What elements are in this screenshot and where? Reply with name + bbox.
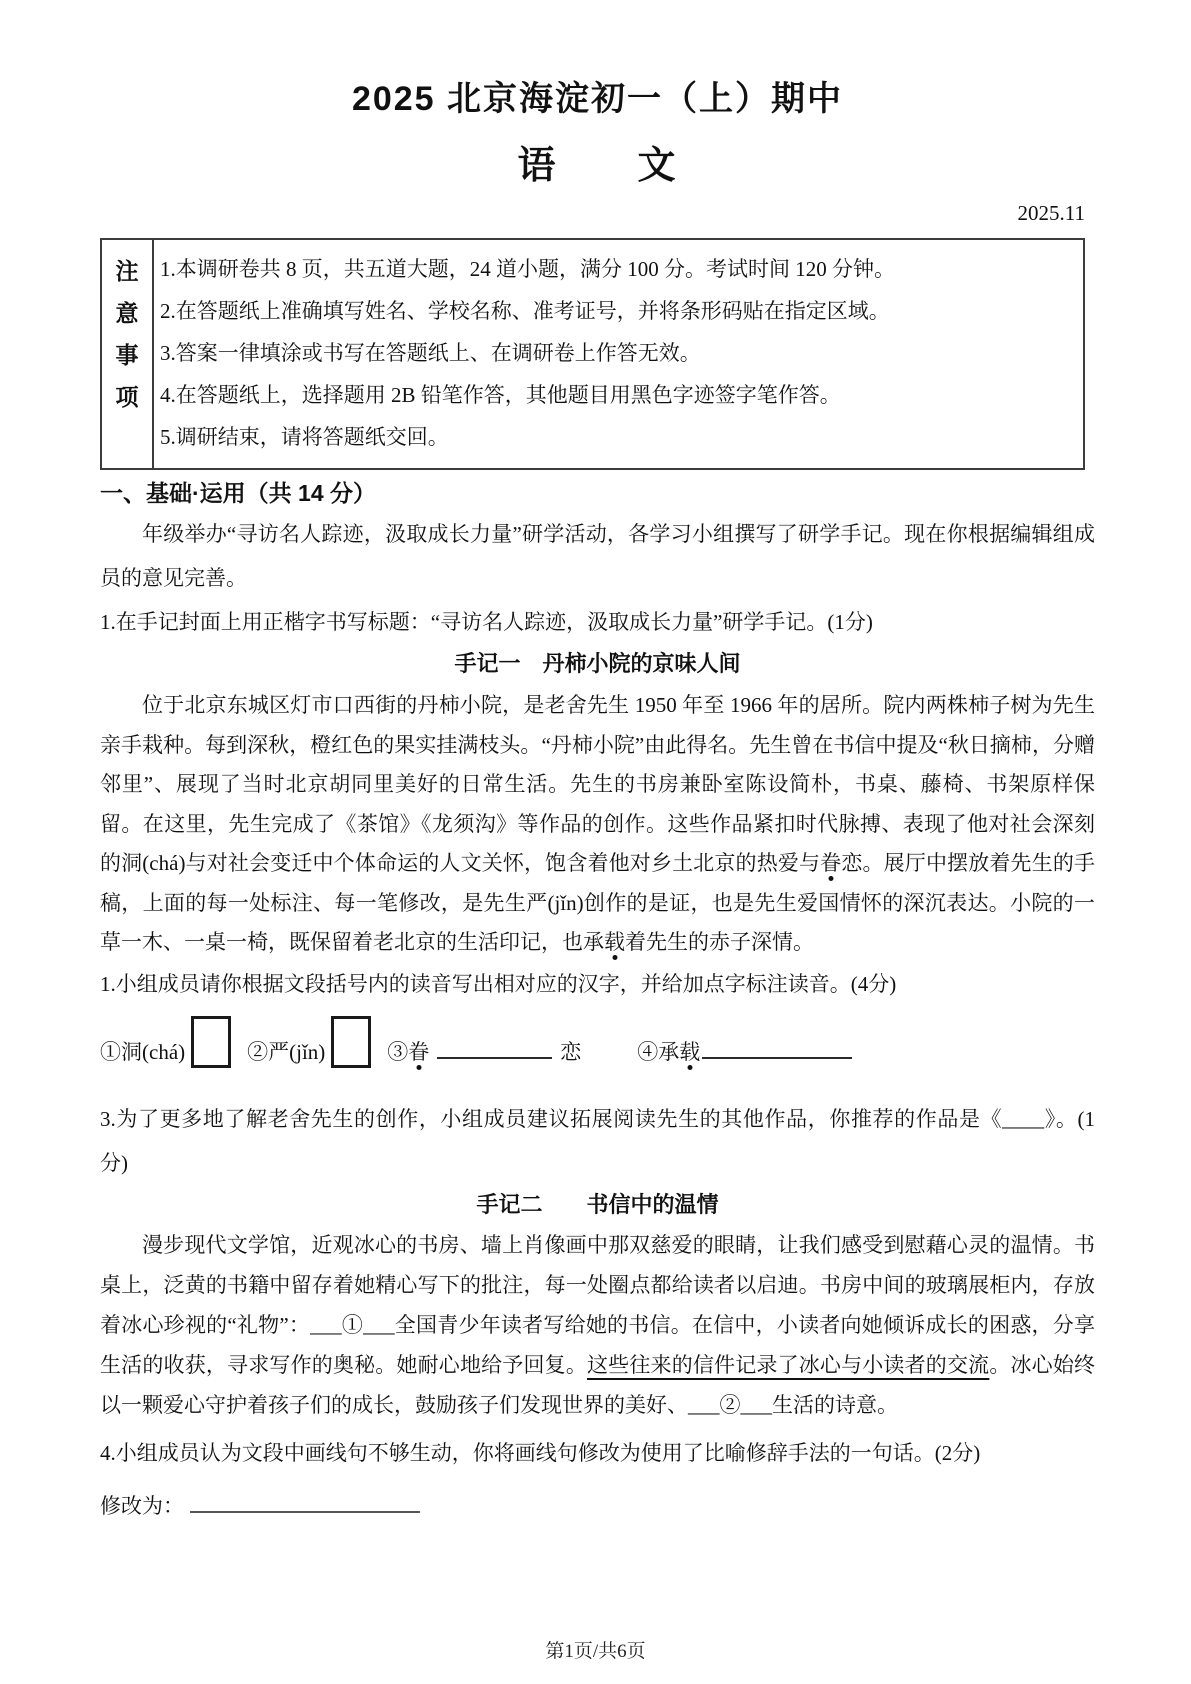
emphasized-char: 眷 bbox=[820, 851, 841, 875]
q2-item4-prefix: ④承 bbox=[637, 1040, 679, 1064]
notice-item: 4.在答题纸上，选择题用 2B 铅笔作答，其他题目用黑色字迹签字笔作答。 bbox=[160, 374, 1073, 416]
blank-line-4 bbox=[702, 1051, 852, 1059]
blank-line-3 bbox=[437, 1051, 552, 1059]
notice-label-char: 事 bbox=[116, 334, 139, 376]
intro-paragraph: 年级举办“寻访名人踪迹，汲取成长力量”研学活动，各学习小组撰写了研学手记。现在你… bbox=[100, 512, 1095, 600]
section-heading: 一、基础·运用（共 14 分） bbox=[100, 478, 1095, 508]
notice-label: 注 意 事 项 bbox=[102, 240, 154, 468]
passage-2: 漫步现代文学馆，近观冰心的书房、墙上肖像画中那双慈爱的眼睛，让我们感受到慰藉心灵… bbox=[100, 1225, 1095, 1425]
q2-item3-dotted-char: 眷 bbox=[408, 1040, 429, 1064]
question-2-stem: 1.小组成员请你根据文段括号内的读音写出相对应的汉字，并给加点字标注读音。(4分… bbox=[100, 963, 1095, 1005]
emphasized-char: 载 bbox=[604, 930, 625, 954]
note2-title: 手记二 书信中的温情 bbox=[100, 1187, 1095, 1223]
notice-label-char: 意 bbox=[116, 292, 139, 334]
question-2-answer-line: ①洞(chá)②严(jǐn)③眷恋④承载 bbox=[100, 1019, 1095, 1085]
notice-item: 1.本调研卷共 8 页，共五道大题，24 道小题，满分 100 分。考试时间 1… bbox=[160, 248, 1073, 290]
page-title: 2025 北京海淀初一（上）期中 bbox=[100, 78, 1095, 120]
q2-item3-suffix: 恋 bbox=[560, 1040, 581, 1064]
passage-1: 位于北京东城区灯市口西街的丹柿小院，是老舍先生 1950 年至 1966 年的居… bbox=[100, 686, 1095, 963]
passage-text: 位于北京东城区灯市口西街的丹柿小院，是老舍先生 1950 年至 1966 年的居… bbox=[100, 693, 1095, 875]
q2-item3-number: ③ bbox=[387, 1040, 408, 1064]
q2-item1-label: ①洞(chá) bbox=[100, 1040, 185, 1064]
notice-item: 3.答案一律填涂或书写在答题纸上、在调研卷上作答无效。 bbox=[160, 332, 1073, 374]
underlined-sentence: 这些往来的信件记录了冰心与小读者的交流 bbox=[587, 1353, 989, 1377]
answer-box-2 bbox=[331, 1016, 371, 1068]
notice-items: 1.本调研卷共 8 页，共五道大题，24 道小题，满分 100 分。考试时间 1… bbox=[154, 240, 1083, 468]
answer-box-1 bbox=[191, 1016, 231, 1068]
question-1: 1.在手记封面上用正楷字书写标题：“寻访名人踪迹，汲取成长力量”研学手记。(1分… bbox=[100, 600, 1095, 644]
revision-line: 修改为： bbox=[100, 1485, 1095, 1527]
q2-item2-label: ②严(jǐn) bbox=[247, 1040, 325, 1064]
page-footer: 第1页/共6页 bbox=[0, 1636, 1191, 1663]
notice-label-char: 注 bbox=[116, 250, 139, 292]
header-block: 2025.11 注 意 事 项 1.本调研卷共 8 页，共五道大题，24 道小题… bbox=[100, 200, 1085, 470]
notice-item: 2.在答题纸上准确填写姓名、学校名称、准考证号，并将条形码贴在指定区域。 bbox=[160, 290, 1073, 332]
question-4: 4.小组成员认为文段中画线句不够生动，你将画线句修改为使用了比喻修辞手法的一句话… bbox=[100, 1431, 1095, 1475]
exam-page: 2025 北京海淀初一（上）期中 语 文 2025.11 注 意 事 项 1.本… bbox=[0, 0, 1191, 1684]
subject-title: 语 文 bbox=[100, 142, 1095, 190]
q2-item4-dotted-char: 载 bbox=[679, 1040, 700, 1064]
question-3: 3.为了更多地了解老舍先生的创作，小组成员建议拓展阅读先生的其他作品，你推荐的作… bbox=[100, 1097, 1095, 1185]
revision-blank-line bbox=[190, 1505, 420, 1513]
exam-date: 2025.11 bbox=[100, 200, 1085, 226]
note1-title: 手记一 丹柿小院的京味人间 bbox=[100, 646, 1095, 682]
notice-label-char: 项 bbox=[116, 376, 139, 418]
notice-box: 注 意 事 项 1.本调研卷共 8 页，共五道大题，24 道小题，满分 100 … bbox=[100, 238, 1085, 470]
notice-item: 5.调研结束，请将答题纸交回。 bbox=[160, 416, 1073, 458]
passage-text: 着先生的赤子深情。 bbox=[625, 930, 814, 954]
revision-prefix: 修改为： bbox=[100, 1494, 184, 1518]
